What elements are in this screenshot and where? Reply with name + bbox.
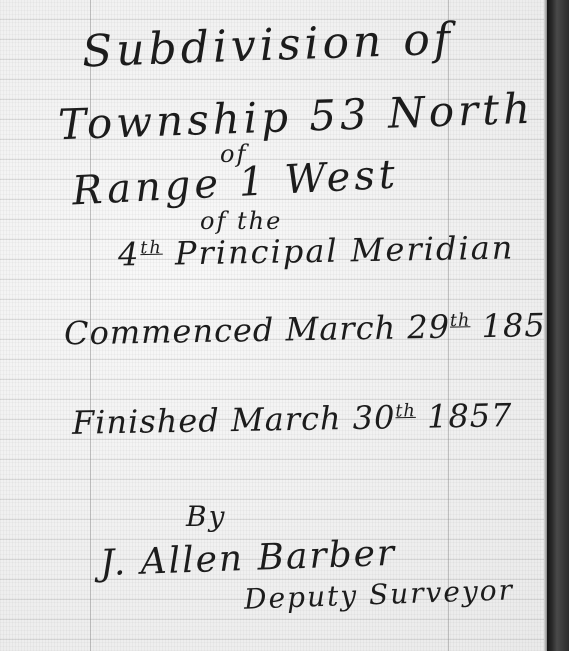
commenced-line: Commenced March 29th 1857: [64, 306, 568, 353]
finished-line: Finished March 30th 1857: [72, 396, 513, 442]
meridian-ordinal-suffix: th: [140, 238, 163, 258]
of-the-connector: of the: [200, 207, 282, 235]
finished-suffix: th: [395, 401, 416, 421]
meridian-line: 4th Principal Meridian: [118, 229, 515, 274]
commenced-day-digit: 9: [428, 308, 450, 346]
meridian-name: Principal Meridian: [175, 229, 515, 273]
surveyor-title: Deputy Surveyor: [244, 573, 515, 615]
meridian-ordinal: 4: [118, 235, 141, 273]
title-line: Subdivision of: [81, 14, 455, 78]
finished-label: Finished March 30: [72, 398, 396, 442]
finished-year: 1857: [427, 396, 513, 435]
surveyor-name: J. Allen Barber: [99, 533, 396, 584]
township-line: Township 53 North: [57, 84, 535, 150]
range-line: Range 1 West: [71, 151, 400, 214]
commenced-label: Commenced March 2: [64, 308, 429, 352]
by-line: By: [186, 500, 226, 533]
document-page: Subdivision of Township 53 North of Rang…: [0, 0, 569, 651]
book-binding: [547, 0, 569, 651]
commenced-suffix: th: [450, 311, 471, 331]
